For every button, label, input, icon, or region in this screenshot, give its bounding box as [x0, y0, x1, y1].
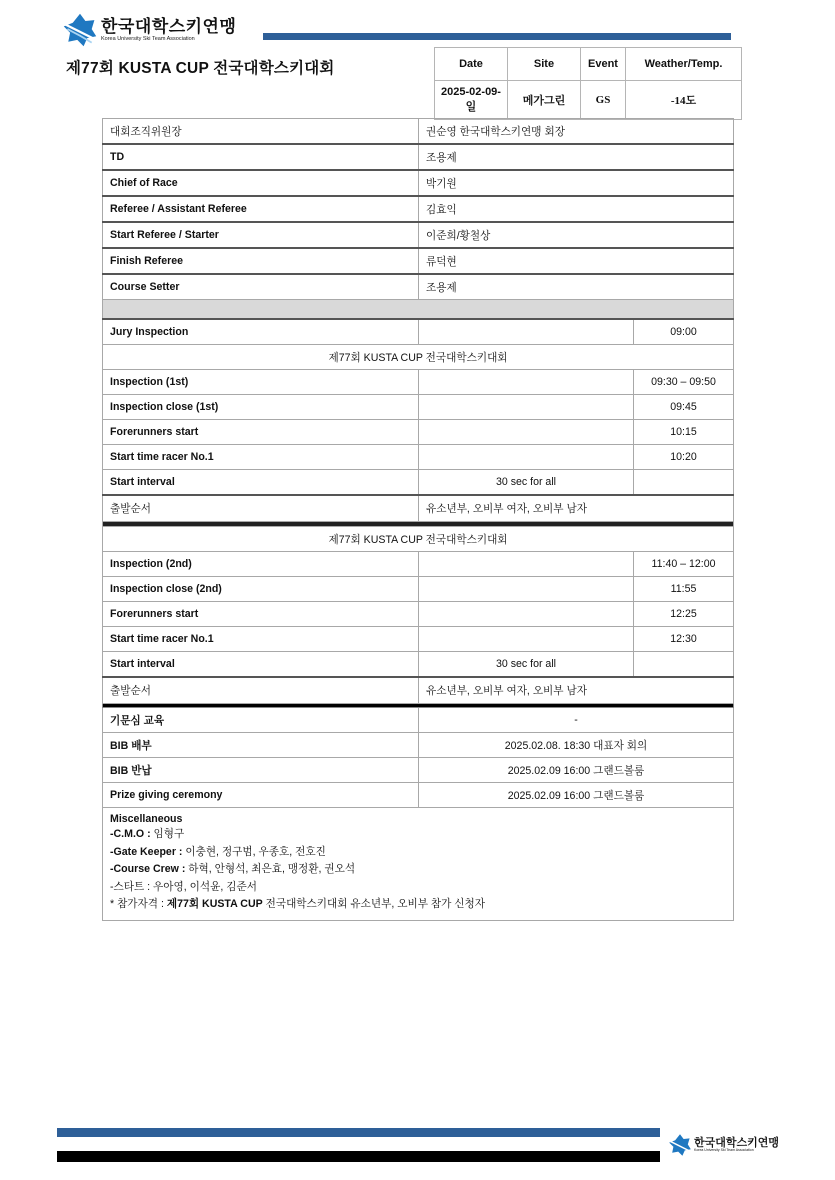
schedule-label: Start time racer No.1 [103, 445, 419, 470]
date-header: Date [435, 48, 508, 81]
schedule-time: 09:30 – 09:50 [634, 370, 734, 395]
official-name: 박기원 [419, 170, 734, 196]
gray-divider-row [103, 300, 734, 320]
extra-value: 2025.02.09 16:00 그랜드볼룸 [419, 783, 734, 808]
jury-label: Jury Inspection [103, 319, 419, 345]
official-role: Course Setter [103, 274, 419, 300]
page-title: 제77회 KUSTA CUP 전국대학스키대회 [66, 56, 335, 78]
official-row: Course Setter조용제 [103, 274, 734, 300]
schedule-label: Forerunners start [103, 420, 419, 445]
footer-logo: 한국대학스키연맹 Korea University Ski Team Assoc… [668, 1133, 779, 1157]
extra-value: 2025.02.09 16:00 그랜드볼룸 [419, 758, 734, 783]
extra-label: BIB 반납 [103, 758, 419, 783]
footer-black-bar [57, 1151, 660, 1162]
interval-row: Start interval30 sec for all [103, 470, 734, 496]
site-value: 메가그린 [508, 81, 581, 120]
official-name: 조용제 [419, 274, 734, 300]
weather-value: -14도 [626, 81, 742, 120]
schedule-label: Inspection (2nd) [103, 552, 419, 577]
order-value: 유소년부, 오비부 여자, 오비부 남자 [419, 677, 734, 704]
schedule-row: Forerunners start10:15 [103, 420, 734, 445]
order-row: 출발순서유소년부, 오비부 여자, 오비부 남자 [103, 495, 734, 522]
misc-cmo: -C.M.O : 임형구 [110, 826, 726, 844]
extra-row: 기문심 교육- [103, 708, 734, 733]
association-logo: 한국대학스키연맹 Korea University Ski Team Assoc… [62, 12, 236, 48]
extra-row: BIB 배부2025.02.08. 18:30 대표자 회의 [103, 733, 734, 758]
event-header: Event [581, 48, 626, 81]
run2-heading-row: 제77회 KUSTA CUP 전국대학스키대회 [103, 527, 734, 552]
race-schedule-table: 대회조직위원장권순영 한국대학스키연맹 회장 TD조용제 Chief of Ra… [102, 118, 734, 921]
site-header: Site [508, 48, 581, 81]
schedule-label: Start time racer No.1 [103, 627, 419, 652]
run1-heading-row: 제77회 KUSTA CUP 전국대학스키대회 [103, 345, 734, 370]
order-label: 출발순서 [103, 677, 419, 704]
interval-value: 30 sec for all [419, 470, 634, 496]
schedule-row: Start time racer No.112:30 [103, 627, 734, 652]
event-info-table: Date Site Event Weather/Temp. 2025-02-09… [434, 47, 742, 120]
schedule-time: 10:15 [634, 420, 734, 445]
logo-english-name: Korea University Ski Team Association [101, 37, 236, 43]
schedule-time: 12:30 [634, 627, 734, 652]
official-name: 조용제 [419, 144, 734, 170]
interval-label: Start interval [103, 470, 419, 496]
official-name: 류덕현 [419, 248, 734, 274]
schedule-label: Inspection close (1st) [103, 395, 419, 420]
official-name: 권순영 한국대학스키연맹 회장 [419, 119, 734, 145]
extra-label: BIB 배부 [103, 733, 419, 758]
extra-label: 기문심 교육 [103, 708, 419, 733]
official-role: Referee / Assistant Referee [103, 196, 419, 222]
logo-korean-name: 한국대학스키연맹 [101, 18, 236, 35]
schedule-row: Inspection close (2nd)11:55 [103, 577, 734, 602]
jury-time: 09:00 [634, 319, 734, 345]
official-name: 이준희/황철상 [419, 222, 734, 248]
schedule-time: 11:55 [634, 577, 734, 602]
official-role: TD [103, 144, 419, 170]
schedule-label: Forerunners start [103, 602, 419, 627]
schedule-time: 12:25 [634, 602, 734, 627]
official-role: 대회조직위원장 [103, 119, 419, 145]
run2-heading: 제77회 KUSTA CUP 전국대학스키대회 [103, 527, 734, 552]
order-label: 출발순서 [103, 495, 419, 522]
official-row: TD조용제 [103, 144, 734, 170]
official-role: Chief of Race [103, 170, 419, 196]
schedule-row: Forerunners start12:25 [103, 602, 734, 627]
official-name: 김효익 [419, 196, 734, 222]
misc-title: Miscellaneous [110, 812, 726, 826]
date-value: 2025-02-09-일 [435, 81, 508, 120]
interval-label: Start interval [103, 652, 419, 678]
official-row: Referee / Assistant Referee김효익 [103, 196, 734, 222]
interval-value: 30 sec for all [419, 652, 634, 678]
misc-gate-keeper: -Gate Keeper : 이충현, 정구범, 우종호, 전호진 [110, 844, 726, 862]
schedule-row: Start time racer No.110:20 [103, 445, 734, 470]
footer-blue-bar [57, 1128, 660, 1137]
snowflake-logo-icon [668, 1133, 692, 1157]
header-bar [263, 33, 731, 40]
schedule-label: Inspection close (2nd) [103, 577, 419, 602]
order-row: 출발순서유소년부, 오비부 여자, 오비부 남자 [103, 677, 734, 704]
extra-row: BIB 반납2025.02.09 16:00 그랜드볼룸 [103, 758, 734, 783]
jury-row: Jury Inspection09:00 [103, 319, 734, 345]
misc-eligibility: * 참가자격 : 제77회 KUSTA CUP 전국대학스키대회 유소년부, 오… [110, 896, 726, 914]
schedule-row: Inspection close (1st)09:45 [103, 395, 734, 420]
schedule-label: Inspection (1st) [103, 370, 419, 395]
extra-value: - [419, 708, 734, 733]
official-row: Start Referee / Starter이준희/황철상 [103, 222, 734, 248]
extra-row: Prize giving ceremony2025.02.09 16:00 그랜… [103, 783, 734, 808]
weather-header: Weather/Temp. [626, 48, 742, 81]
schedule-time: 09:45 [634, 395, 734, 420]
extra-value: 2025.02.08. 18:30 대표자 회의 [419, 733, 734, 758]
footer-logo-english: Korea University Ski Team Association [694, 1149, 779, 1153]
misc-start: -스타트 : 우아영, 이석윤, 김준서 [110, 879, 726, 897]
extra-label: Prize giving ceremony [103, 783, 419, 808]
interval-row: Start interval30 sec for all [103, 652, 734, 678]
official-role: Start Referee / Starter [103, 222, 419, 248]
schedule-row: Inspection (1st)09:30 – 09:50 [103, 370, 734, 395]
snowflake-logo-icon [62, 12, 98, 48]
misc-course-crew: -Course Crew : 하혁, 안형석, 최은효, 맹정환, 권오석 [110, 861, 726, 879]
official-row: 대회조직위원장권순영 한국대학스키연맹 회장 [103, 119, 734, 145]
miscellaneous-row: Miscellaneous -C.M.O : 임형구 -Gate Keeper … [103, 808, 734, 921]
schedule-time: 11:40 – 12:00 [634, 552, 734, 577]
run1-heading: 제77회 KUSTA CUP 전국대학스키대회 [103, 345, 734, 370]
official-row: Chief of Race박기원 [103, 170, 734, 196]
official-row: Finish Referee류덕현 [103, 248, 734, 274]
schedule-time: 10:20 [634, 445, 734, 470]
event-value: GS [581, 81, 626, 120]
schedule-row: Inspection (2nd)11:40 – 12:00 [103, 552, 734, 577]
order-value: 유소년부, 오비부 여자, 오비부 남자 [419, 495, 734, 522]
official-role: Finish Referee [103, 248, 419, 274]
